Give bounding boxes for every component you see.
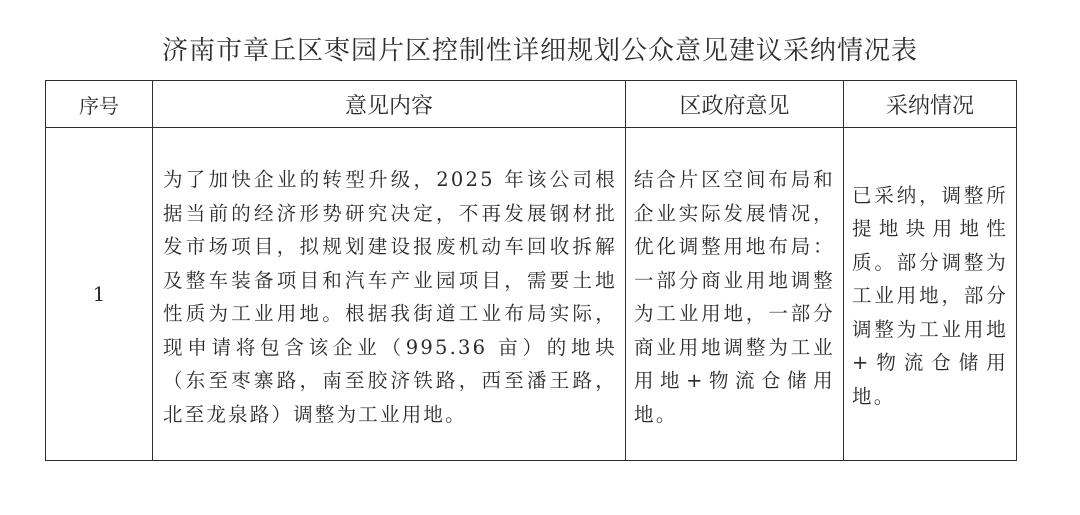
cell-adoption-status: 已采纳，调整所提地块用地性质。部分调整为工业用地，部分调整为工业用地+物流仓储用… (844, 128, 1017, 461)
header-adoption-status: 采纳情况 (844, 81, 1017, 128)
opinion-text: 为了加快企业的转型升级，2025 年该公司根据当前的经济形势研究决定，不再发展钢… (153, 157, 625, 431)
opinion-adoption-table: 序号 意见内容 区政府意见 采纳情况 1 为了加快企业的转型升级，2025 年该… (45, 80, 1017, 461)
document-title: 济南市章丘区枣园片区控制性详细规划公众意见建议采纳情况表 (0, 30, 1080, 67)
adoption-status-text: 已采纳，调整所提地块用地性质。部分调整为工业用地，部分调整为工业用地+物流仓储用… (844, 175, 1016, 414)
government-opinion-text: 结合片区空间布局和企业实际发展情况，优化调整用地布局：一部分商业用地调整为工业用… (626, 157, 843, 431)
header-government-opinion: 区政府意见 (626, 81, 844, 128)
table-row: 1 为了加快企业的转型升级，2025 年该公司根据当前的经济形势研究决定，不再发… (46, 128, 1017, 461)
cell-opinion: 为了加快企业的转型升级，2025 年该公司根据当前的经济形势研究决定，不再发展钢… (153, 128, 626, 461)
table-header-row: 序号 意见内容 区政府意见 采纳情况 (46, 81, 1017, 128)
header-opinion: 意见内容 (153, 81, 626, 128)
cell-government-opinion: 结合片区空间布局和企业实际发展情况，优化调整用地布局：一部分商业用地调整为工业用… (626, 128, 844, 461)
cell-index: 1 (46, 128, 153, 461)
header-index: 序号 (46, 81, 153, 128)
